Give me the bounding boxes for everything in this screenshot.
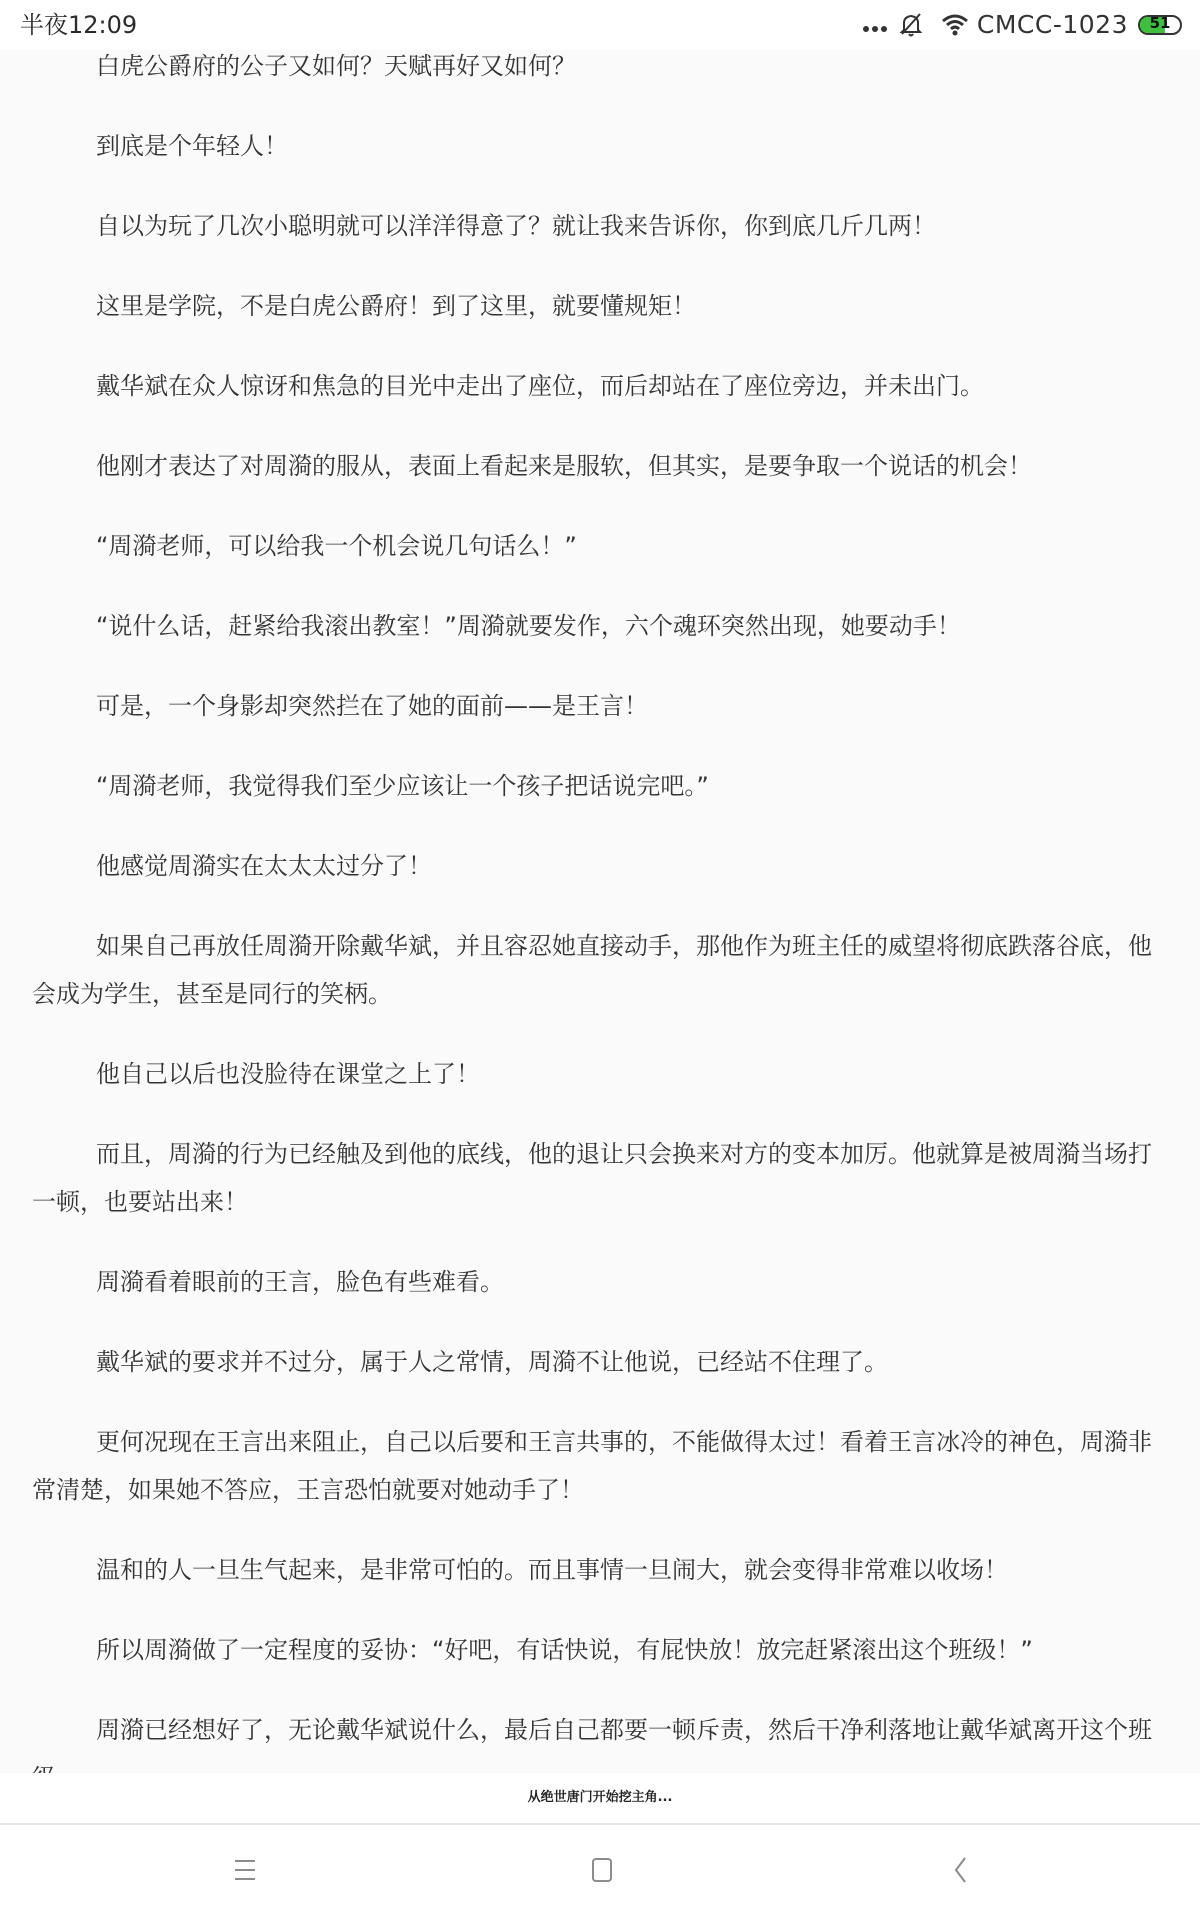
more-dots-icon bbox=[863, 18, 887, 32]
paragraph: 戴华斌在众人惊讶和焦急的目光中走出了座位，而后却站在了座位旁边，并未出门。 bbox=[32, 362, 1156, 410]
carrier-name: CMCC-1023 bbox=[977, 10, 1128, 40]
back-button[interactable] bbox=[930, 1845, 990, 1895]
paragraph: 他自己以后也没脸待在课堂之上了！ bbox=[32, 1050, 1156, 1098]
status-bar: 半夜12:09 CMCC-1023 51 bbox=[0, 0, 1200, 50]
paragraph: 更何况现在王言出来阻止，自己以后要和王言共事的，不能做得太过！看着王言冰冷的神色… bbox=[32, 1418, 1156, 1514]
paragraph: 自以为玩了几次小聪明就可以洋洋得意了？就让我来告诉你，你到底几斤几两！ bbox=[32, 202, 1156, 250]
paragraph: 如果自己再放任周漪开除戴华斌，并且容忍她直接动手，那他作为班主任的威望将彻底跌落… bbox=[32, 922, 1156, 1018]
home-button[interactable] bbox=[572, 1845, 632, 1895]
paragraph: 这里是学院，不是白虎公爵府！到了这里，就要懂规矩！ bbox=[32, 282, 1156, 330]
paragraph: 他刚才表达了对周漪的服从，表面上看起来是服软，但其实，是要争取一个说话的机会！ bbox=[32, 442, 1156, 490]
bell-muted-icon bbox=[899, 12, 923, 38]
book-title: 从绝世唐门开始挖主角... bbox=[0, 1773, 1200, 1823]
back-icon bbox=[952, 1856, 968, 1884]
paragraph: 温和的人一旦生气起来，是非常可怕的。而且事情一旦闹大，就会变得非常难以收场！ bbox=[32, 1546, 1156, 1594]
paragraph: 戴华斌的要求并不过分，属于人之常情，周漪不让他说，已经站不住理了。 bbox=[32, 1338, 1156, 1386]
battery-level: 51 bbox=[1140, 15, 1180, 32]
paragraph: 白虎公爵府的公子又如何？天赋再好又如何？ bbox=[32, 50, 1156, 90]
chapter-text: 白虎公爵府的公子又如何？天赋再好又如何？ 到底是个年轻人！ 自以为玩了几次小聪明… bbox=[32, 50, 1156, 1773]
status-time: 半夜12:09 bbox=[20, 10, 137, 40]
home-icon bbox=[592, 1858, 612, 1882]
paragraph: “说什么话，赶紧给我滚出教室！”周漪就要发作，六个魂环突然出现，她要动手！ bbox=[32, 602, 1156, 650]
menu-button[interactable] bbox=[215, 1845, 275, 1895]
paragraph: 周漪看着眼前的王言，脸色有些难看。 bbox=[32, 1258, 1156, 1306]
paragraph: “周漪老师，可以给我一个机会说几句话么！” bbox=[32, 522, 1156, 570]
menu-icon bbox=[235, 1860, 255, 1880]
paragraph: 可是，一个身影却突然拦在了她的面前——是王言！ bbox=[32, 682, 1156, 730]
battery-icon: 51 bbox=[1138, 15, 1182, 35]
paragraph: 周漪已经想好了，无论戴华斌说什么，最后自己都要一顿斥责，然后干净利落地让戴华斌离… bbox=[32, 1706, 1156, 1773]
paragraph: 到底是个年轻人！ bbox=[32, 122, 1156, 170]
paragraph: 他感觉周漪实在太太太过分了！ bbox=[32, 842, 1156, 890]
status-icons: CMCC-1023 51 bbox=[863, 10, 1182, 40]
reader-content[interactable]: 白虎公爵府的公子又如何？天赋再好又如何？ 到底是个年轻人！ 自以为玩了几次小聪明… bbox=[0, 50, 1200, 1773]
navigation-bar bbox=[0, 1825, 1200, 1920]
paragraph: 而且，周漪的行为已经触及到他的底线，他的退让只会换来对方的变本加厉。他就算是被周… bbox=[32, 1130, 1156, 1226]
paragraph: 所以周漪做了一定程度的妥协：“好吧，有话快说，有屁快放！放完赶紧滚出这个班级！” bbox=[32, 1626, 1156, 1674]
wifi-icon bbox=[941, 14, 969, 36]
paragraph: “周漪老师，我觉得我们至少应该让一个孩子把话说完吧。” bbox=[32, 762, 1156, 810]
